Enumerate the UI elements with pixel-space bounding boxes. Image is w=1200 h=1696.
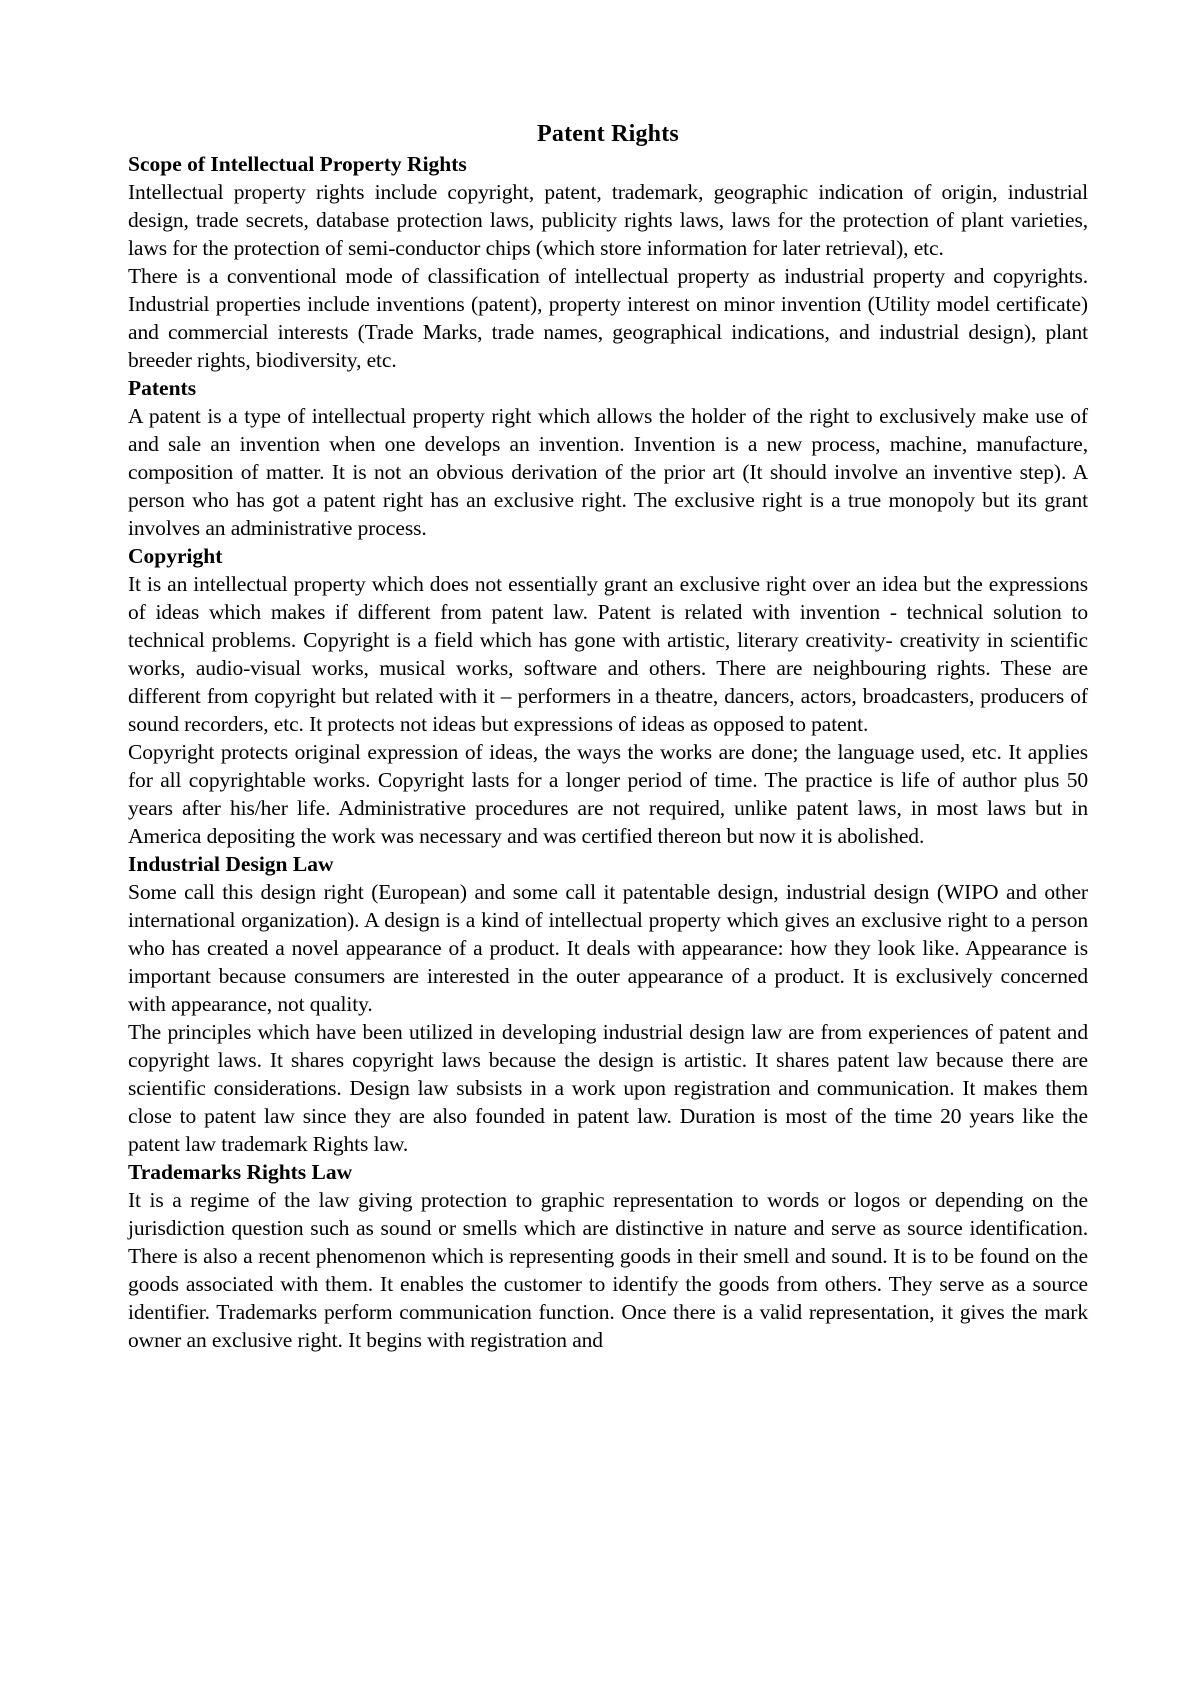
document-page: Patent Rights Scope of Intellectual Prop… [0, 0, 1200, 1696]
section-heading-trademarks-rights-law: Trademarks Rights Law [128, 1158, 1088, 1186]
document-content: Patent Rights Scope of Intellectual Prop… [128, 118, 1088, 1354]
section-industrial-design-law: Industrial Design Law Some call this des… [128, 850, 1088, 1158]
paragraph: The principles which have been utilized … [128, 1018, 1088, 1158]
section-scope-of-ipr: Scope of Intellectual Property Rights In… [128, 150, 1088, 374]
section-patents: Patents A patent is a type of intellectu… [128, 374, 1088, 542]
paragraph: A patent is a type of intellectual prope… [128, 402, 1088, 542]
paragraph: It is an intellectual property which doe… [128, 570, 1088, 738]
section-copyright: Copyright It is an intellectual property… [128, 542, 1088, 850]
document-title: Patent Rights [128, 118, 1088, 150]
paragraph: There is a conventional mode of classifi… [128, 262, 1088, 374]
section-heading-patents: Patents [128, 374, 1088, 402]
section-heading-industrial-design-law: Industrial Design Law [128, 850, 1088, 878]
section-heading-copyright: Copyright [128, 542, 1088, 570]
section-trademarks-rights-law: Trademarks Rights Law It is a regime of … [128, 1158, 1088, 1354]
paragraph: Some call this design right (European) a… [128, 878, 1088, 1018]
paragraph: It is a regime of the law giving protect… [128, 1186, 1088, 1354]
paragraph: Copyright protects original expression o… [128, 738, 1088, 850]
paragraph: Intellectual property rights include cop… [128, 178, 1088, 262]
section-heading-scope-of-ipr: Scope of Intellectual Property Rights [128, 150, 1088, 178]
